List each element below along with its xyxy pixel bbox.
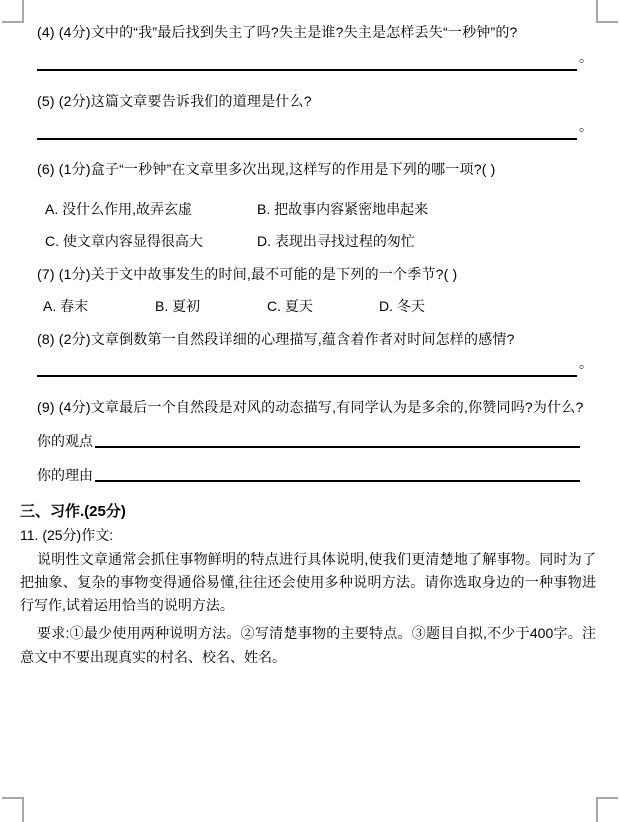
option-text: 春末 <box>60 298 88 314</box>
crop-mark-bottom-left <box>2 797 24 822</box>
viewpoint-label: 你的观点 <box>37 431 95 448</box>
reason-blank-row: 你的理由 <box>37 465 580 482</box>
option-text: 使文章内容显得很高大 <box>63 233 203 249</box>
question-7-options-row: A. 春末 B. 夏初 C. 夏天 D. 冬天 <box>43 296 600 316</box>
option-label: C. <box>267 298 281 314</box>
option-label: B. <box>155 298 168 314</box>
essay-requirements-paragraph: 要求:①最少使用两种说明方法。②写清楚事物的主要特点。③题目自拟,不少于400字… <box>20 621 596 669</box>
option-label: C. <box>45 233 59 249</box>
answer-underline <box>37 114 577 140</box>
question-4-text: (4) (4分)文中的“我”最后找到失主了吗?失主是谁?失主是怎样丢失“一秒钟”… <box>37 22 600 42</box>
option-text: 没什么作用,故弄玄虚 <box>62 201 192 217</box>
question-6-options-row-2: C. 使文章内容显得很高大 D. 表现出寻找过程的匆忙 <box>45 231 600 251</box>
answer-underline <box>95 431 580 448</box>
exam-page: (4) (4分)文中的“我”最后找到失主了吗?失主是谁?失主是怎样丢失“一秒钟”… <box>0 0 620 822</box>
answer-underline <box>95 465 580 482</box>
option-text: 冬天 <box>397 298 425 314</box>
option-label: D. <box>379 298 393 314</box>
option-label: B. <box>257 201 270 217</box>
option-label: A. <box>43 298 56 314</box>
option-label: D. <box>257 233 271 249</box>
option-text: 把故事内容紧密地串起来 <box>274 201 428 217</box>
question-6-text: (6) (1分)盒子“一秒钟”在文章里多次出现,这样写的作用是下列的哪一项?( … <box>37 159 600 179</box>
option-q6-b: B. 把故事内容紧密地串起来 <box>257 199 428 219</box>
question-5-text: (5) (2分)这篇文章要告诉我们的道理是什么? <box>37 91 600 111</box>
answer-blank-q8: 。 <box>37 351 593 377</box>
option-text: 夏天 <box>285 298 313 314</box>
crop-mark-top-right <box>596 0 618 23</box>
question-6-options-row-1: A. 没什么作用,故弄玄虚 B. 把故事内容紧密地串起来 <box>45 199 600 219</box>
option-q7-d: D. 冬天 <box>379 296 425 316</box>
option-q7-a: A. 春末 <box>43 296 155 316</box>
crop-mark-bottom-right <box>596 797 618 822</box>
option-q6-d: D. 表现出寻找过程的匆忙 <box>257 231 415 251</box>
option-q6-a: A. 没什么作用,故弄玄虚 <box>45 199 257 219</box>
option-label: A. <box>45 201 58 217</box>
answer-blank-q5: 。 <box>37 114 593 140</box>
crop-mark-top-left <box>2 0 24 23</box>
answer-blank-q4: 。 <box>37 45 593 71</box>
essay-item-heading: 11. (25分)作文: <box>20 525 600 545</box>
reason-label: 你的理由 <box>37 465 95 482</box>
option-q7-c: C. 夏天 <box>267 296 379 316</box>
question-7-text: (7) (1分)关于文中故事发生的时间,最不可能的是下列的一个季节?( ) <box>37 264 600 284</box>
option-text: 夏初 <box>172 298 200 314</box>
question-9-text: (9) (4分)文章最后一个自然段是对风的动态描写,有同学认为是多余的,你赞同吗… <box>37 397 600 417</box>
answer-underline <box>37 45 577 71</box>
essay-section-heading: 三、习作.(25分) <box>20 500 600 521</box>
essay-prompt-paragraph: 说明性文章通常会抓住事物鲜明的特点进行具体说明,使我们更清楚地了解事物。同时为了… <box>20 548 596 617</box>
viewpoint-blank-row: 你的观点 <box>37 431 580 448</box>
option-q7-b: B. 夏初 <box>155 296 267 316</box>
question-8-text: (8) (2分)文章倒数第一自然段详细的心理描写,蕴含着作者对时间怎样的感情? <box>37 329 600 349</box>
sentence-period: 。 <box>579 47 593 67</box>
sentence-period: 。 <box>579 353 593 373</box>
option-q6-c: C. 使文章内容显得很高大 <box>45 231 257 251</box>
answer-underline <box>37 351 577 377</box>
sentence-period: 。 <box>579 116 593 136</box>
option-text: 表现出寻找过程的匆忙 <box>275 233 415 249</box>
